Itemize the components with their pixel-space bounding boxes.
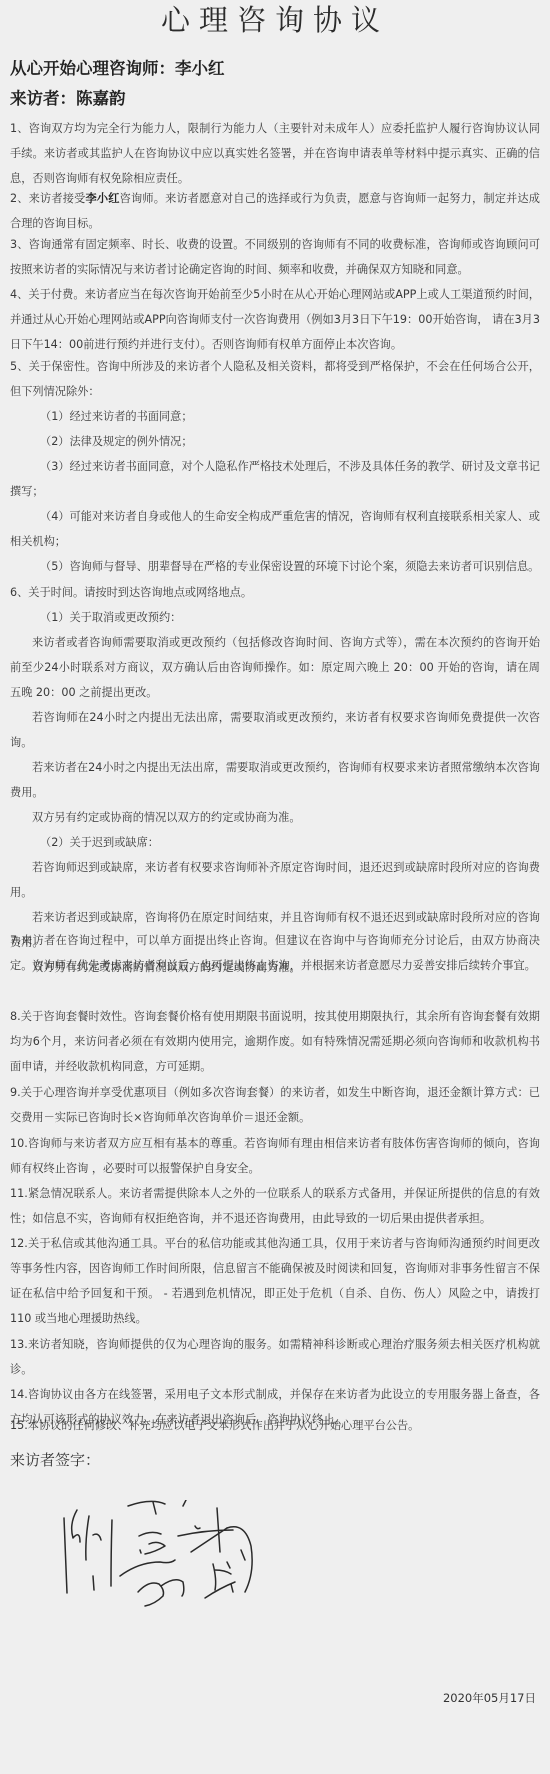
clause-5: 5、关于保密性。咨询中所涉及的来访者个人隐私及相关资料，都将受到严格保护，不会在… bbox=[10, 354, 540, 579]
clause-5-intro: 5、关于保密性。咨询中所涉及的来访者个人隐私及相关资料，都将受到严格保护，不会在… bbox=[10, 354, 540, 404]
clause-9-text: 9.关于心理咨询并享受优惠项目（例如多次咨询套餐）的来访者，如发生中断咨询，退还… bbox=[10, 1080, 540, 1130]
clause-10: 10.咨询师与来访者双方应互相有基本的尊重。若咨询师有理由相信来访者有肢体伤害咨… bbox=[10, 1131, 540, 1181]
clause-1: 1、咨询双方均为完全行为能力人，限制行为能力人（主要针对未成年人）应委托监护人履… bbox=[10, 116, 540, 191]
clause-5-item-3: （3）经过来访者书面同意，对个人隐私作严格技术处理后，不涉及具体任务的教学、研讨… bbox=[10, 454, 540, 504]
clause-6-sub1-para-2: 若咨询师在24小时之内提出无法出席，需要取消或更改预约，来访者有权要求咨询师免费… bbox=[10, 705, 540, 755]
clause-2-text: 2、来访者接受李小红咨询师。来访者愿意对自己的选择或行为负责，愿意与咨询师一起努… bbox=[10, 186, 540, 236]
clause-3: 3、咨询通常有固定频率、时长、收费的设置。不同级别的咨询师有不同的收费标准，咨询… bbox=[10, 232, 540, 282]
clause-6-sub2-para-1: 若咨询师迟到或缺席，来访者有权要求咨询师补齐原定咨询时间，退还迟到或缺席时段所对… bbox=[10, 855, 540, 905]
clause-15-text: 15.本协议的任何修改、补充均应以电子文本形式作出并于从心开始心理平台公告。 bbox=[10, 1413, 540, 1438]
clause-6-sub1-para-1: 来访者或者咨询师需要取消或更改预约（包括修改咨询时间、咨询方式等），需在本次预约… bbox=[10, 630, 540, 705]
clause-6-sub1-para-4: 双方另有约定或协商的情况以双方的约定或协商为准。 bbox=[10, 805, 540, 830]
clause-10-text: 10.咨询师与来访者双方应互相有基本的尊重。若咨询师有理由相信来访者有肢体伤害咨… bbox=[10, 1131, 540, 1181]
clause-6-sub1-title: （1）关于取消或更改预约： bbox=[10, 605, 540, 630]
counselor-name-highlight: 李小红 bbox=[86, 192, 120, 205]
clause-13: 13.来访者知晓，咨询师提供的仅为心理咨询的服务。如需精神科诊断或心理治疗服务须… bbox=[10, 1332, 540, 1382]
clause-5-item-4: （4）可能对来访者自身或他人的生命安全构成严重危害的情况，咨询师有权利直接联系相… bbox=[10, 504, 540, 554]
clause-12-text: 12.关于私信或其他沟通工具。平台的私信功能或其他沟通工具，仅用于来访者与咨询师… bbox=[10, 1231, 540, 1331]
clause-5-item-2: （2）法律及规定的例外情况； bbox=[10, 429, 540, 454]
clause-7-text: 7.来访者在咨询过程中，可以单方面提出终止咨询。但建议在咨询中与咨询师充分讨论后… bbox=[10, 928, 540, 978]
handwritten-signature bbox=[55, 1500, 285, 1620]
clause-13-text: 13.来访者知晓，咨询师提供的仅为心理咨询的服务。如需精神科诊断或心理治疗服务须… bbox=[10, 1332, 540, 1382]
clause-12: 12.关于私信或其他沟通工具。平台的私信功能或其他沟通工具，仅用于来访者与咨询师… bbox=[10, 1231, 540, 1331]
clause-2: 2、来访者接受李小红咨询师。来访者愿意对自己的选择或行为负责，愿意与咨询师一起努… bbox=[10, 186, 540, 236]
clause-11-text: 11.紧急情况联系人。来访者需提供除本人之外的一位联系人的联系方式备用，并保证所… bbox=[10, 1181, 540, 1231]
clause-11: 11.紧急情况联系人。来访者需提供除本人之外的一位联系人的联系方式备用，并保证所… bbox=[10, 1181, 540, 1231]
clause-9: 9.关于心理咨询并享受优惠项目（例如多次咨询套餐）的来访者，如发生中断咨询，退还… bbox=[10, 1080, 540, 1130]
clause-2-prefix: 2、来访者接受 bbox=[10, 192, 86, 205]
clause-5-item-1: （1）经过来访者的书面同意； bbox=[10, 404, 540, 429]
clause-6-intro: 6、关于时间。请按时到达咨询地点或网络地点。 bbox=[10, 580, 540, 605]
clause-5-item-5: （5）咨询师与督导、朋辈督导在严格的专业保密设置的环境下讨论个案，须隐去来访者可… bbox=[10, 554, 540, 579]
visitor-label: 来访者：陈嘉韵 bbox=[10, 88, 126, 110]
counselor-label: 从心开始心理咨询师：李小红 bbox=[10, 58, 225, 80]
signature-date: 2020年05月17日 bbox=[443, 1690, 536, 1706]
clause-8-text: 8.关于咨询套餐时效性。咨询套餐价格有使用期限书面说明，按其使用期限执行，其余所… bbox=[10, 1004, 540, 1079]
clause-15: 15.本协议的任何修改、补充均应以电子文本形式作出并于从心开始心理平台公告。 bbox=[10, 1413, 540, 1438]
clause-6-sub2-title: （2）关于迟到或缺席： bbox=[10, 830, 540, 855]
clause-1-text: 1、咨询双方均为完全行为能力人，限制行为能力人（主要针对未成年人）应委托监护人履… bbox=[10, 116, 540, 191]
clause-6: 6、关于时间。请按时到达咨询地点或网络地点。 （1）关于取消或更改预约： 来访者… bbox=[10, 580, 540, 980]
clause-4-text: 4、关于付费。来访者应当在每次咨询开始前至少5小时在从心开始心理网站或APP上或… bbox=[10, 282, 540, 357]
clause-6-sub1-para-3: 若来访者在24小时之内提出无法出席，需要取消或更改预约，咨询师有权要求来访者照常… bbox=[10, 755, 540, 805]
page-title: 心理咨询协议 bbox=[0, 2, 550, 38]
clause-4: 4、关于付费。来访者应当在每次咨询开始前至少5小时在从心开始心理网站或APP上或… bbox=[10, 282, 540, 357]
signature-label: 来访者签字： bbox=[10, 1449, 100, 1470]
clause-3-text: 3、咨询通常有固定频率、时长、收费的设置。不同级别的咨询师有不同的收费标准，咨询… bbox=[10, 232, 540, 282]
clause-7: 7.来访者在咨询过程中，可以单方面提出终止咨询。但建议在咨询中与咨询师充分讨论后… bbox=[10, 928, 540, 978]
clause-8: 8.关于咨询套餐时效性。咨询套餐价格有使用期限书面说明，按其使用期限执行，其余所… bbox=[10, 1004, 540, 1079]
